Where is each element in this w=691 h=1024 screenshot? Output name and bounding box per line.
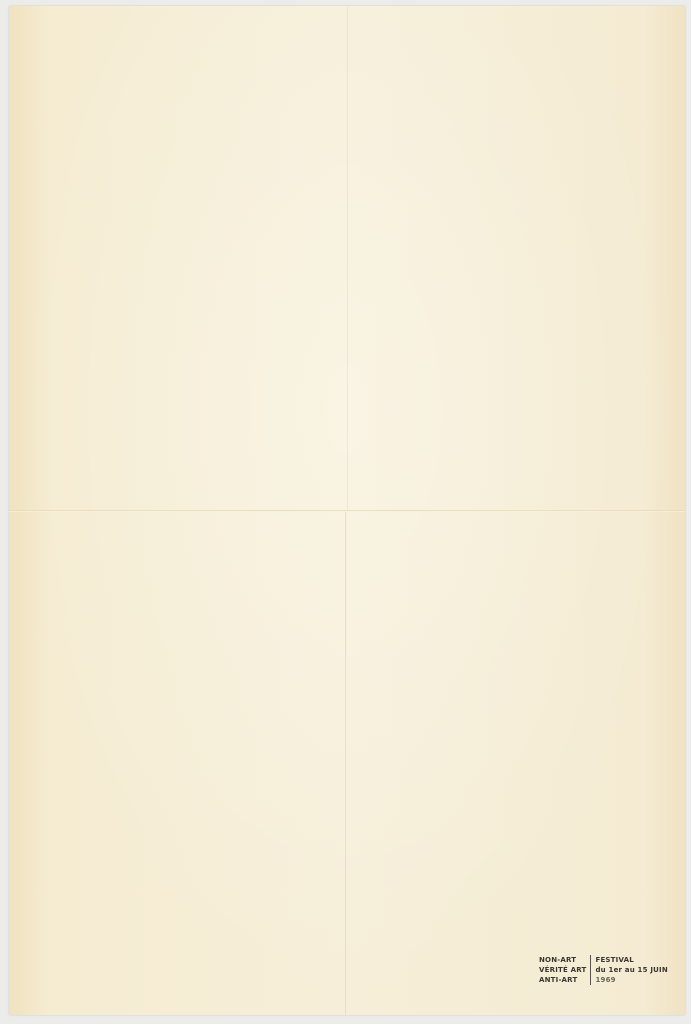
festival-dates: du 1er au 15 JUIN [595,965,667,975]
festival-year: 1969 [595,975,667,985]
label-anti-art: ANTI-ART [539,975,586,985]
label-non-art: NON-ART [539,955,586,965]
vertical-fold-top [347,6,348,510]
festival-title: FESTIVAL [595,955,667,965]
art-labels: NON-ART VÉRITÉ ART ANTI-ART [539,955,591,985]
poster-sheet [9,6,685,1015]
vertical-fold-bottom [345,512,347,1015]
festival-info: FESTIVAL du 1er au 15 JUIN 1969 [591,955,667,985]
label-verite-art: VÉRITÉ ART [539,965,586,975]
horizontal-fold [9,510,685,512]
festival-credit: NON-ART VÉRITÉ ART ANTI-ART FESTIVAL du … [539,955,668,985]
